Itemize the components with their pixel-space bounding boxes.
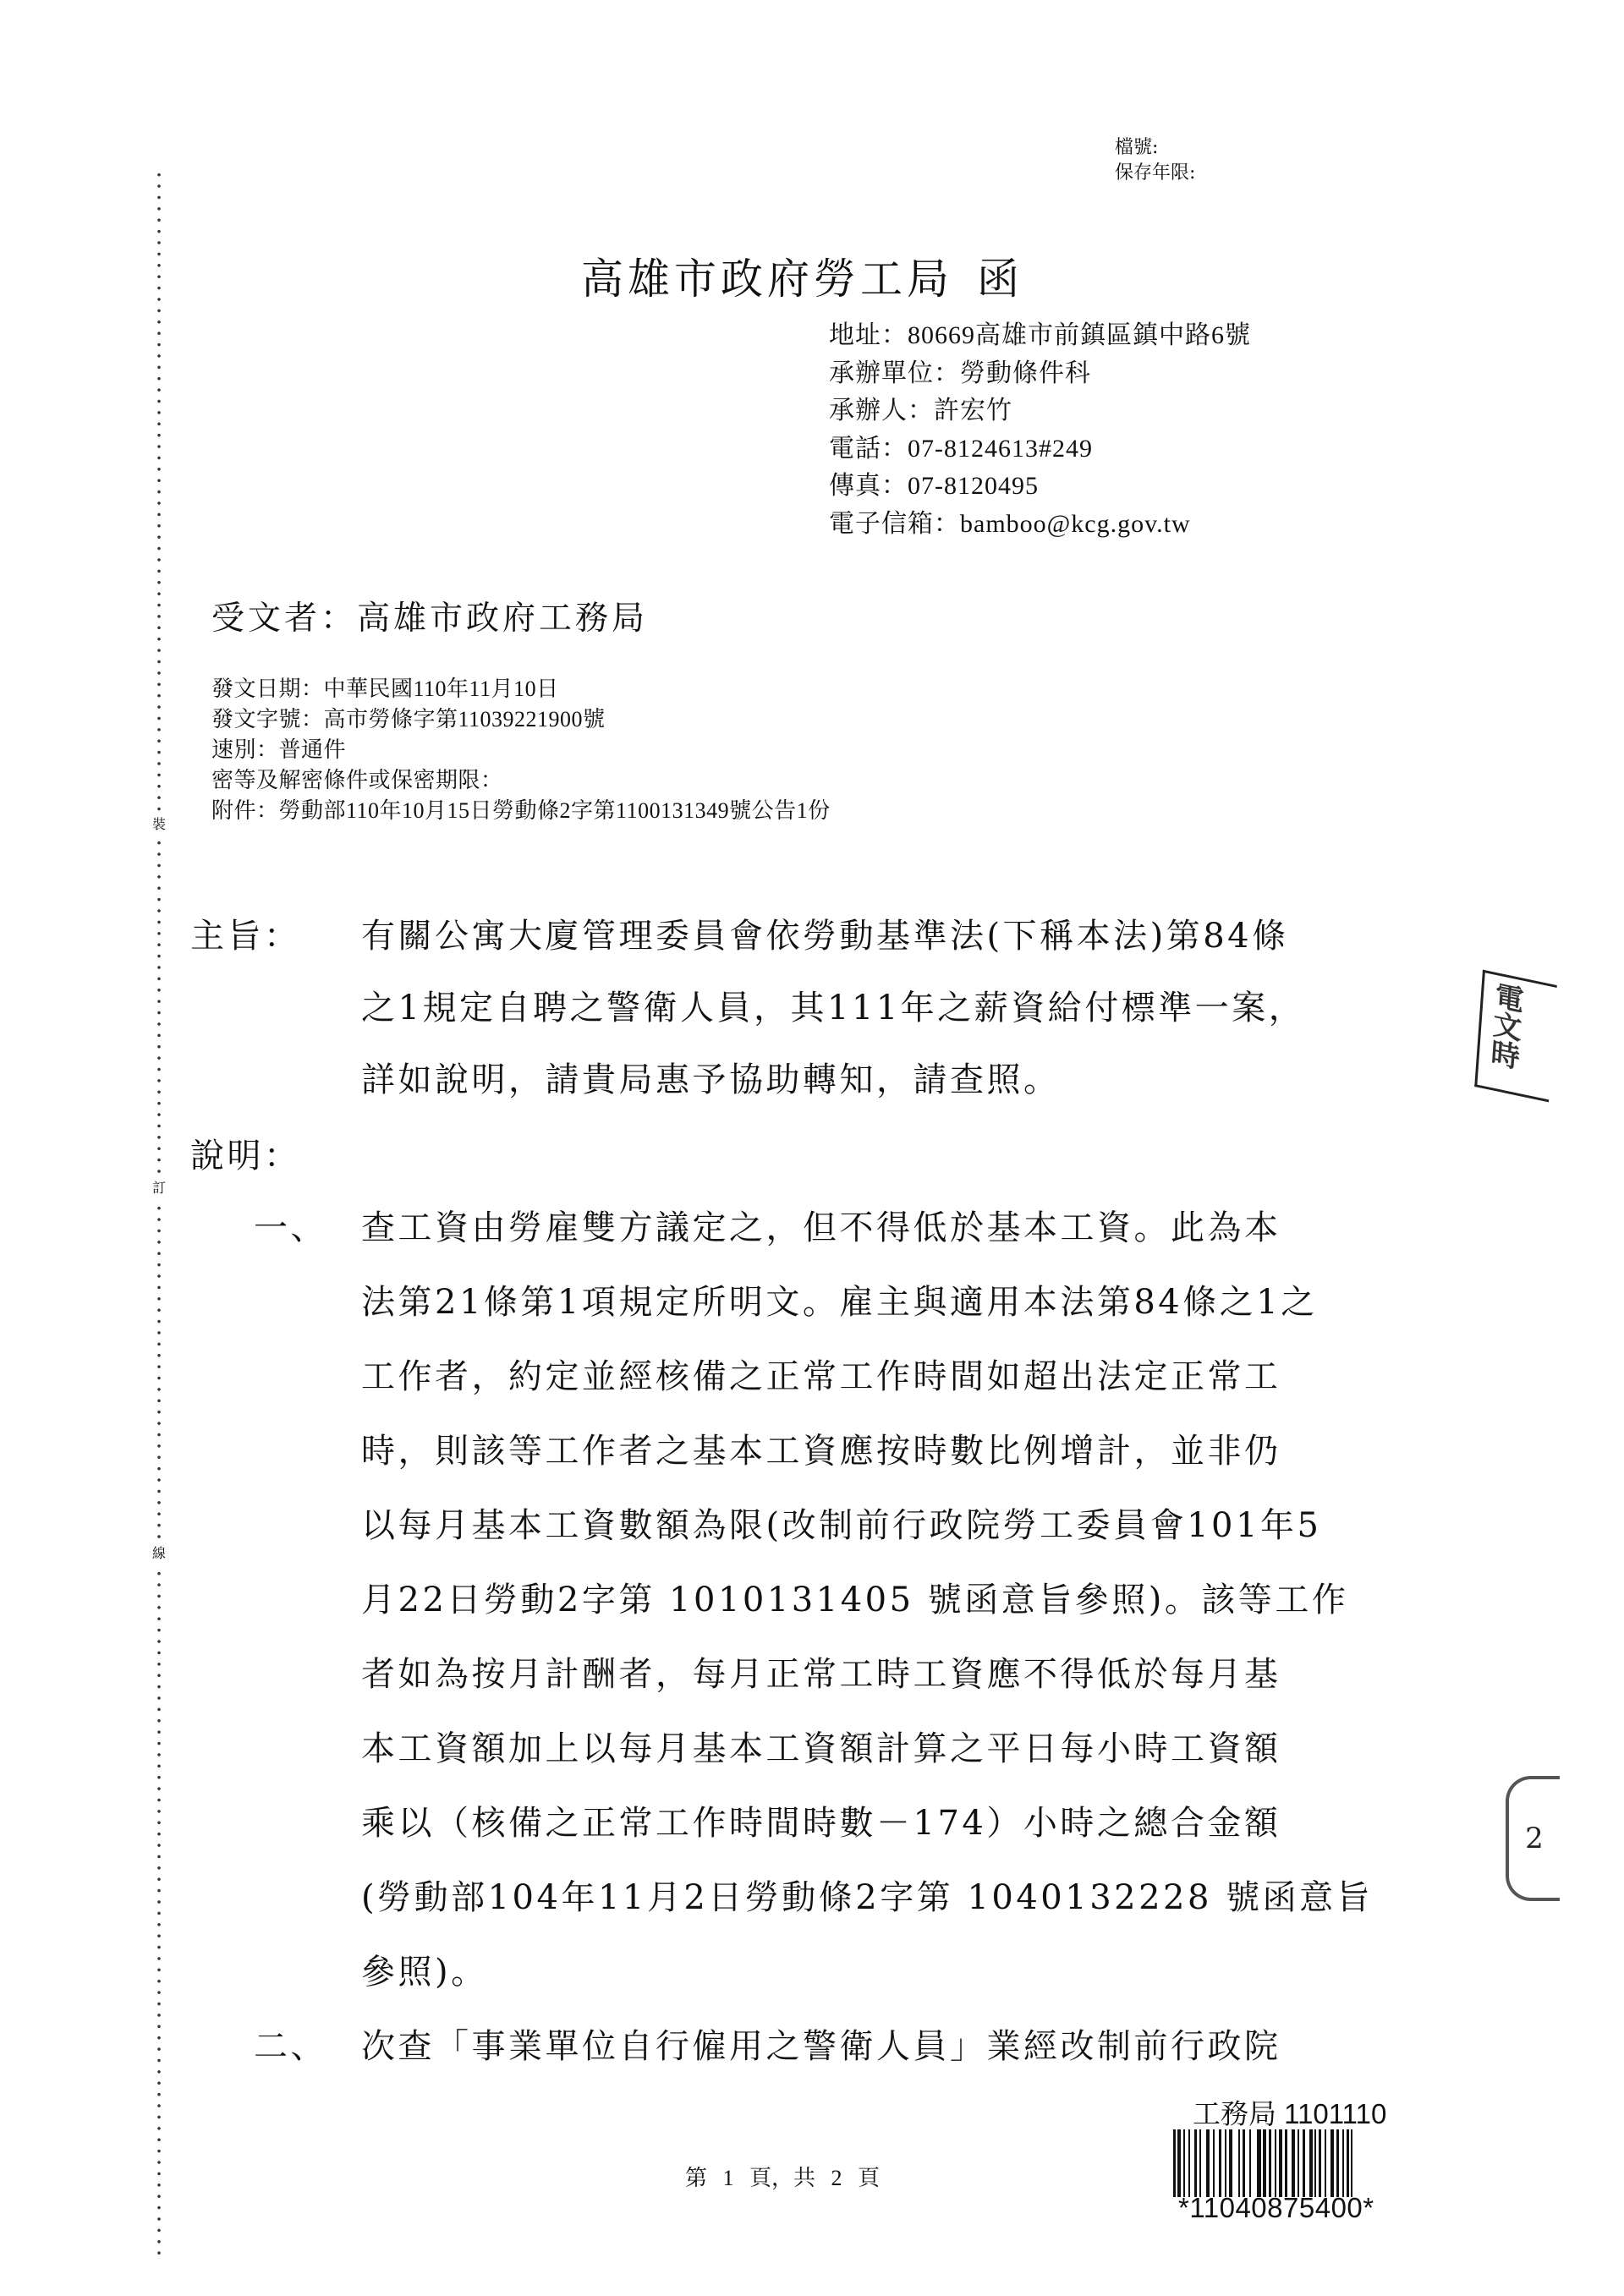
binding-dotted-line bbox=[157, 1568, 161, 2261]
item-line: 以每月基本工資數額為限(改制前行政院勞工委員會101年5 bbox=[361, 1499, 1321, 1547]
binding-mark-line: 線 bbox=[151, 1543, 167, 1562]
email: 電子信箱：bamboo@kcg.gov.tw bbox=[829, 506, 1251, 544]
item-line: 者如為按月計酬者，每月正常工時工資應不得低於每月基 bbox=[361, 1647, 1281, 1696]
item-line: 查工資由勞雇雙方議定之，但不得低於基本工資。此為本 bbox=[361, 1201, 1281, 1249]
binding-dotted-line bbox=[157, 169, 161, 812]
attachment: 附件：勞動部110年10月15日勞動條2字第1100131349號公告1份 bbox=[211, 796, 831, 826]
retention-period-label: 保存年限: bbox=[1115, 161, 1195, 186]
received-stamp-text: 電文時 bbox=[1484, 978, 1525, 1071]
item-line: (勞動部104年11月2日勞動條2字第 1040132228 號函意旨 bbox=[361, 1871, 1373, 1919]
explanation-label: 說明： bbox=[190, 1129, 301, 1177]
handler: 承辦人：許宏竹 bbox=[829, 392, 1251, 430]
binding-dotted-line bbox=[157, 837, 161, 1175]
item-line: 月22日勞動2字第 1010131405 號函意旨參照)。該等工作 bbox=[361, 1573, 1348, 1621]
file-info: 檔號: 保存年限: bbox=[1115, 135, 1195, 186]
binding-margin: 裝 訂 線 bbox=[151, 169, 167, 2266]
item-line: 次查「事業單位自行僱用之警衛人員」業經改制前行政院 bbox=[361, 2019, 1281, 2068]
document-title: 高雄市政府勞工局函 bbox=[581, 245, 1023, 306]
item-number: 二、 bbox=[254, 2019, 327, 2068]
item-line: 時，則該等工作者之基本工資應按時數比例增計，並非仍 bbox=[361, 1424, 1281, 1472]
priority: 速別：普通件 bbox=[211, 735, 831, 765]
binding-mark-staple: 訂 bbox=[151, 1177, 167, 1197]
barcode-number: *11040875400* bbox=[1178, 2192, 1374, 2224]
item-number: 一、 bbox=[254, 1201, 327, 1249]
contact-block: 地址：80669高雄市前鎮區鎮中路6號 承辦單位：勞動條件科 承辦人：許宏竹 電… bbox=[829, 317, 1251, 543]
address: 地址：80669高雄市前鎮區鎮中路6號 bbox=[829, 317, 1251, 355]
issuing-agency: 高雄市政府勞工局 bbox=[581, 255, 953, 304]
receipt-label: 工務局 1101110 bbox=[1193, 2092, 1386, 2132]
file-number-label: 檔號: bbox=[1115, 135, 1195, 161]
item-line: 乘以（核備之正常工作時間時數－174）小時之總合金額 bbox=[361, 1796, 1281, 1844]
subject-line: 有關公寓大廈管理委員會依勞動基準法(下稱本法)第84條 bbox=[361, 909, 1289, 957]
issue-date: 發文日期：中華民國110年11月10日 bbox=[211, 674, 831, 704]
received-stamp: 電文時 bbox=[1474, 970, 1557, 1103]
item-line: 參照)。 bbox=[361, 1945, 488, 1993]
subject-label: 主旨： bbox=[190, 909, 301, 957]
handling-unit: 承辦單位：勞動條件科 bbox=[829, 355, 1251, 393]
document-type: 函 bbox=[977, 255, 1023, 304]
item-line: 工作者，約定並經核備之正常工作時間如超出法定正常工 bbox=[361, 1350, 1281, 1398]
confidentiality: 密等及解密條件或保密期限： bbox=[211, 765, 831, 796]
item-line: 本工資額加上以每月基本工資額計算之平日每小時工資額 bbox=[361, 1722, 1281, 1770]
phone: 電話：07-8124613#249 bbox=[829, 430, 1251, 469]
perforation-seal: 2 bbox=[1506, 1776, 1560, 1901]
fax: 傳真：07-8120495 bbox=[829, 468, 1251, 506]
page-indicator: 第 1 頁，共 2 頁 bbox=[685, 2161, 880, 2192]
recipient: 受文者：高雄市政府工務局 bbox=[211, 592, 648, 639]
subject-line: 詳如說明，請貴局惠予協助轉知，請查照。 bbox=[361, 1053, 1061, 1101]
barcode bbox=[1173, 2129, 1427, 2197]
item-line: 法第21條第1項規定所明文。雇主與適用本法第84條之1之 bbox=[361, 1275, 1318, 1323]
seal-page-number: 2 bbox=[1525, 1822, 1544, 1855]
binding-mark-bind: 裝 bbox=[151, 814, 167, 833]
document-number: 發文字號：高市勞條字第11039221900號 bbox=[211, 704, 831, 735]
subject-line: 之1規定自聘之警衛人員，其111年之薪資給付標準一案， bbox=[361, 981, 1305, 1029]
binding-dotted-line bbox=[157, 1203, 161, 1541]
document-meta: 發文日期：中華民國110年11月10日 發文字號：高市勞條字第110392219… bbox=[211, 674, 831, 826]
